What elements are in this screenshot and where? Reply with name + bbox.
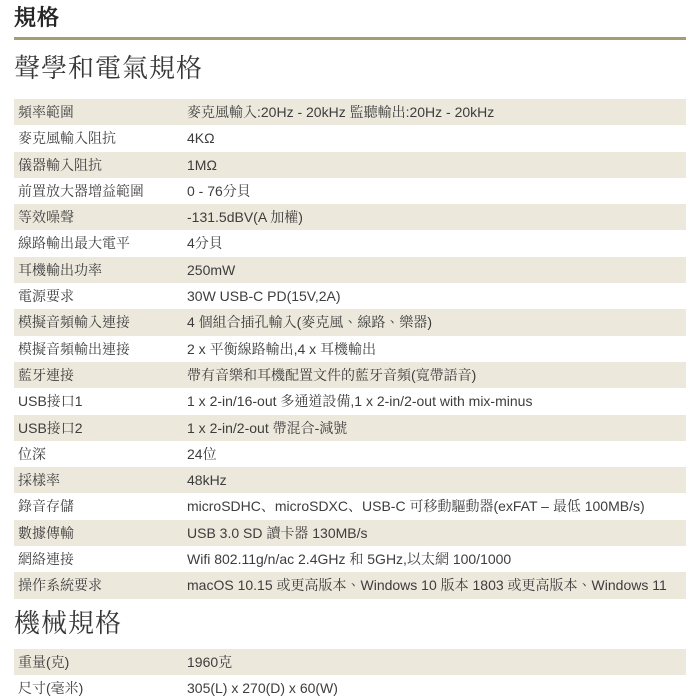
title-divider <box>14 37 686 40</box>
spec-table: 重量(克) 1960克 尺寸(毫米) 305(L) x 270(D) x 60(… <box>14 649 686 700</box>
spec-row: 採樣率 48kHz <box>14 467 686 493</box>
spec-row: 等效噪聲 -131.5dBV(A 加權) <box>14 204 686 230</box>
spec-row: 錄音存儲 microSDHC、microSDXC、USB-C 可移動驅動器(ex… <box>14 493 686 519</box>
spec-row: 模擬音頻輸入連接 4 個組合插孔輸入(麥克風、線路、樂器) <box>14 309 686 335</box>
spec-value: macOS 10.15 或更高版本、Windows 10 版本 1803 或更高… <box>187 572 686 598</box>
spec-label: USB接口2 <box>14 415 187 441</box>
spec-value: 4KΩ <box>187 125 686 151</box>
spec-row: 儀器輸入阻抗 1MΩ <box>14 152 686 178</box>
spec-label: 數據傳輸 <box>14 520 187 546</box>
spec-value: 麥克風輸入:20Hz - 20kHz 監聽輸出:20Hz - 20kHz <box>187 99 686 125</box>
spec-row: 位深 24位 <box>14 441 686 467</box>
spec-label: 操作系統要求 <box>14 572 187 598</box>
spec-value: microSDHC、microSDXC、USB-C 可移動驅動器(exFAT –… <box>187 493 686 519</box>
spec-row: 重量(克) 1960克 <box>14 649 686 675</box>
spec-sections: 聲學和電氣規格 頻率範圍 麥克風輸入:20Hz - 20kHz 監聽輸出:20H… <box>14 54 686 700</box>
spec-value: 1 x 2-in/2-out 帶混合-減號 <box>187 415 686 441</box>
spec-value: 4 個組合插孔輸入(麥克風、線路、樂器) <box>187 309 686 335</box>
section-heading: 機械規格 <box>14 609 686 637</box>
spec-value: 4分貝 <box>187 230 686 256</box>
spec-label: 網絡連接 <box>14 546 187 572</box>
spec-value: 帶有音樂和耳機配置文件的藍牙音頻(寬帶語音) <box>187 362 686 388</box>
spec-value: Wifi 802.11g/n/ac 2.4GHz 和 5GHz,以太網 100/… <box>187 546 686 572</box>
spec-value: 2 x 平衡線路輸出,4 x 耳機輸出 <box>187 336 686 362</box>
spec-row: USB接口1 1 x 2-in/16-out 多通道設備,1 x 2-in/2-… <box>14 388 686 414</box>
spec-row: 麥克風輸入阻抗 4KΩ <box>14 125 686 151</box>
spec-section: 聲學和電氣規格 頻率範圍 麥克風輸入:20Hz - 20kHz 監聽輸出:20H… <box>14 54 686 599</box>
spec-label: 模擬音頻輸入連接 <box>14 309 187 335</box>
spec-label: 電源要求 <box>14 283 187 309</box>
page-title: 規格 <box>14 4 686 32</box>
spec-table: 頻率範圍 麥克風輸入:20Hz - 20kHz 監聽輸出:20Hz - 20kH… <box>14 99 686 599</box>
spec-value: 30W USB-C PD(15V,2A) <box>187 283 686 309</box>
spec-value: 0 - 76分貝 <box>187 178 686 204</box>
spec-value: USB 3.0 SD 讀卡器 130MB/s <box>187 520 686 546</box>
spec-row: 藍牙連接 帶有音樂和耳機配置文件的藍牙音頻(寬帶語音) <box>14 362 686 388</box>
spec-value: 305(L) x 270(D) x 60(W) <box>187 675 686 700</box>
spec-label: 麥克風輸入阻抗 <box>14 125 187 151</box>
spec-row: 前置放大器增益範圍 0 - 76分貝 <box>14 178 686 204</box>
section-heading: 聲學和電氣規格 <box>14 54 686 82</box>
spec-row: 電源要求 30W USB-C PD(15V,2A) <box>14 283 686 309</box>
spec-label: 前置放大器增益範圍 <box>14 178 187 204</box>
spec-label: USB接口1 <box>14 388 187 414</box>
spec-label: 頻率範圍 <box>14 99 187 125</box>
spec-label: 等效噪聲 <box>14 204 187 230</box>
spec-row: 模擬音頻輸出連接 2 x 平衡線路輸出,4 x 耳機輸出 <box>14 336 686 362</box>
spec-value: 24位 <box>187 441 686 467</box>
spec-label: 尺寸(毫米) <box>14 675 187 700</box>
spec-label: 採樣率 <box>14 467 187 493</box>
spec-label: 錄音存儲 <box>14 493 187 519</box>
spec-label: 重量(克) <box>14 649 187 675</box>
spec-row: 頻率範圍 麥克風輸入:20Hz - 20kHz 監聽輸出:20Hz - 20kH… <box>14 99 686 125</box>
spec-label: 線路輸出最大電平 <box>14 230 187 256</box>
spec-label: 模擬音頻輸出連接 <box>14 336 187 362</box>
spec-label: 藍牙連接 <box>14 362 187 388</box>
spec-row: 耳機輸出功率 250mW <box>14 257 686 283</box>
spec-section: 機械規格 重量(克) 1960克 尺寸(毫米) 305(L) x 270(D) … <box>14 609 686 700</box>
spec-value: -131.5dBV(A 加權) <box>187 204 686 230</box>
spec-value: 1 x 2-in/16-out 多通道設備,1 x 2-in/2-out wit… <box>187 388 686 414</box>
spec-label: 位深 <box>14 441 187 467</box>
spec-page: 規格 聲學和電氣規格 頻率範圍 麥克風輸入:20Hz - 20kHz 監聽輸出:… <box>0 0 700 700</box>
spec-value: 1960克 <box>187 649 686 675</box>
spec-row: USB接口2 1 x 2-in/2-out 帶混合-減號 <box>14 415 686 441</box>
spec-label: 儀器輸入阻抗 <box>14 152 187 178</box>
spec-row: 數據傳輸 USB 3.0 SD 讀卡器 130MB/s <box>14 520 686 546</box>
spec-row: 尺寸(毫米) 305(L) x 270(D) x 60(W) <box>14 675 686 700</box>
spec-value: 250mW <box>187 257 686 283</box>
spec-value: 48kHz <box>187 467 686 493</box>
spec-value: 1MΩ <box>187 152 686 178</box>
spec-row: 操作系統要求 macOS 10.15 或更高版本、Windows 10 版本 1… <box>14 572 686 598</box>
spec-row: 網絡連接 Wifi 802.11g/n/ac 2.4GHz 和 5GHz,以太網… <box>14 546 686 572</box>
spec-row: 線路輸出最大電平 4分貝 <box>14 230 686 256</box>
spec-label: 耳機輸出功率 <box>14 257 187 283</box>
